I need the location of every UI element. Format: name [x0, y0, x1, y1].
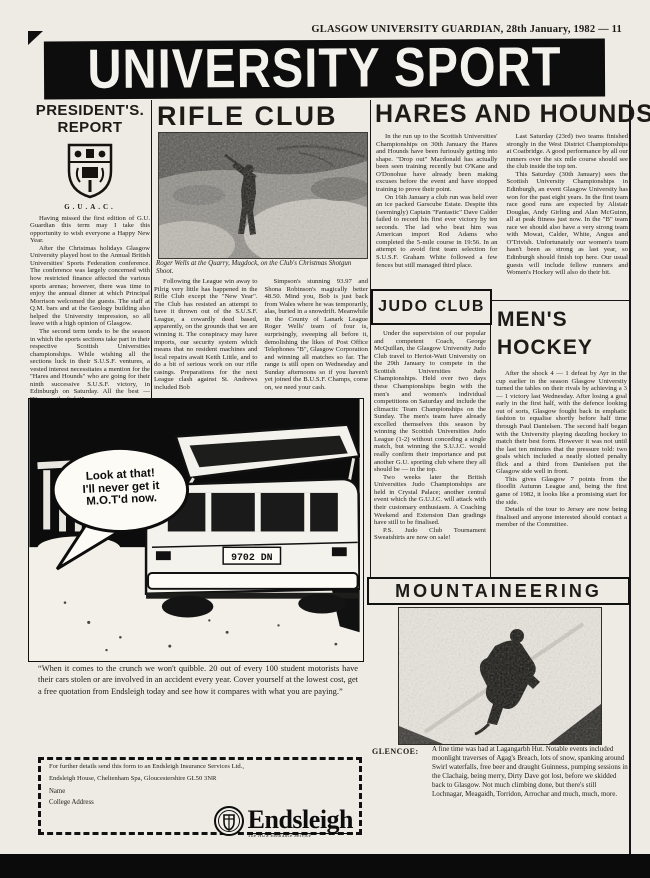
endsleigh-wordmark: Endsleigh	[248, 808, 353, 831]
column-rule	[370, 100, 371, 577]
presidents-report-title: PRESIDENT'S. REPORT	[30, 102, 150, 137]
photo-caption: Roger Wells at the Quarry, Mugdock, on t…	[156, 260, 368, 277]
paragraph: Two weeks later the British Universities…	[374, 474, 486, 527]
paragraph: Last Saturday (23rd) two teams finished …	[507, 133, 629, 171]
glencoe-report: A fine time was had at Lagangarbh Hut. N…	[432, 745, 628, 800]
rifle-club-body: Following the League win away to Pilrig …	[154, 278, 368, 398]
title-line: HOCKEY	[497, 334, 593, 362]
coupon-name-field: Name	[49, 788, 359, 795]
section-rule	[490, 300, 629, 301]
paragraph: Having missed the first edition of G.U. …	[30, 215, 150, 245]
hares-and-hounds-body: In the run up to the Scottish Universiti…	[376, 133, 628, 299]
paragraph: On 16th January a club run was held over…	[376, 194, 498, 270]
masthead: GLASGOW UNIVERSITY GUARDIAN, 28th Januar…	[240, 24, 622, 35]
endsleigh-cartoon: 9702 DN Look at that! I'll never get it …	[28, 398, 364, 662]
section-banner: UNIVERSITY SPORT	[44, 39, 605, 100]
ad-quote: “When it comes to the crunch we won't qu…	[38, 663, 358, 697]
mountaineering-header: MOUNTAINEERING	[367, 577, 630, 605]
title-line: REPORT	[30, 119, 150, 136]
endsleigh-logo: Endsleigh The NUS Insurance Service	[213, 805, 353, 842]
paragraph: This Saturday (30th January) sees the Sc…	[507, 171, 629, 277]
paragraph: In the run up to the Scottish Universiti…	[376, 133, 498, 194]
coupon-address-line: Endsleigh House, Cheltenham Spa, Glouces…	[49, 775, 359, 784]
paragraph: This gives Glasgow 7 points from the flo…	[496, 476, 627, 506]
guac-crest-icon: G.U.A.C.	[30, 142, 150, 211]
column-rule	[490, 300, 491, 577]
glencoe-label: GLENCOE:	[372, 747, 419, 756]
crest-letters: G.U.A.C.	[30, 203, 150, 211]
paragraph: Under the supervision of our popular and…	[374, 330, 486, 474]
mountaineering-title: MOUNTAINEERING	[395, 581, 602, 602]
scan-artifact-corner	[28, 31, 43, 45]
paragraph: The second term tends to be the season i…	[30, 328, 150, 404]
page-edge-rule	[629, 100, 631, 854]
paragraph: P.S. Judo Club Tournament Sweatshirts ar…	[374, 527, 486, 542]
paragraph: After the shock 4 — 1 defeat by Ayr in t…	[496, 370, 627, 476]
judo-club-body: Under the supervision of our popular and…	[374, 330, 486, 542]
rifle-club-title: RIFLE CLUB	[157, 101, 337, 132]
mountaineering-photo	[398, 607, 602, 745]
car-plate: 9702 DN	[231, 552, 273, 563]
endsleigh-crest-icon	[213, 805, 245, 842]
scan-artifact-bottom	[0, 854, 650, 878]
car-cartoon-drawing: 9702 DN	[29, 399, 360, 658]
coupon-address-line: For further details send this form to an…	[49, 763, 359, 772]
presidents-report-section: PRESIDENT'S. REPORT G.U.A.C. Having miss…	[30, 102, 150, 414]
column-rule	[151, 100, 152, 398]
newspaper-page: GLASGOW UNIVERSITY GUARDIAN, 28th Januar…	[0, 0, 650, 878]
hares-and-hounds-title: HARES AND HOUNDS	[375, 100, 629, 129]
presidents-report-body: Having missed the first edition of G.U. …	[30, 215, 150, 404]
paragraph: Simpson's stunning 93.97 and Shona Robin…	[265, 278, 369, 391]
speech-bubble-text: Look at that! I'll never get it M.O.T'd …	[52, 465, 190, 510]
paragraph: After the Christmas holidays Glasgow Uni…	[30, 245, 150, 328]
rifle-club-photo	[158, 132, 368, 259]
judo-club-title: JUDO CLUB	[378, 298, 485, 316]
mens-hockey-body: After the shock 4 — 1 defeat by Ayr in t…	[496, 370, 627, 529]
banner-title: UNIVERSITY SPORT	[87, 36, 561, 101]
judo-club-header: JUDO CLUB	[371, 289, 492, 325]
title-line: PRESIDENT'S.	[30, 102, 150, 119]
paragraph: Following the League win away to Pilrig …	[154, 278, 258, 391]
endsleigh-coupon: For further details send this form to an…	[38, 757, 362, 835]
mens-hockey-title: MEN'S HOCKEY	[497, 306, 593, 363]
title-line: MEN'S	[497, 306, 593, 334]
paragraph: Details of the tour to Jersey are now be…	[496, 506, 627, 529]
